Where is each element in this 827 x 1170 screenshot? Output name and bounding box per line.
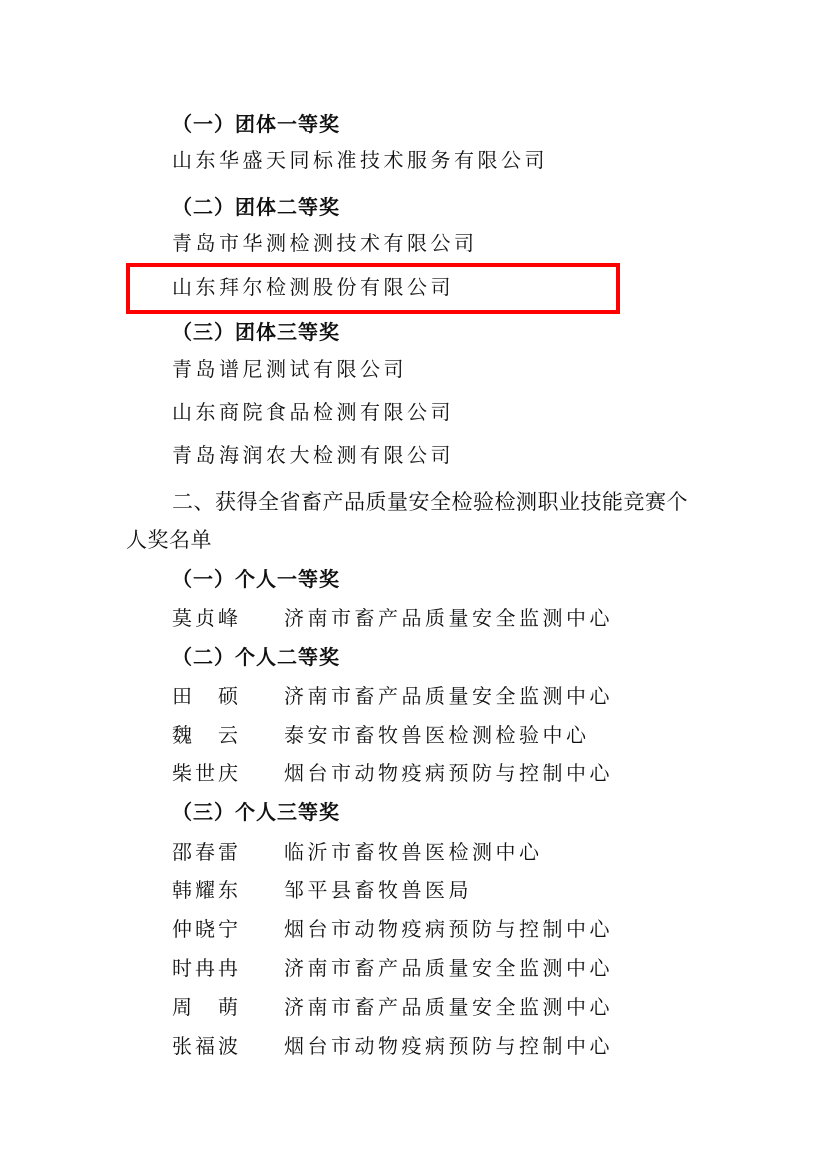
winner-name: 韩耀东 [172, 878, 241, 902]
winner-name: 周 萌 [172, 995, 241, 1019]
team-third-prize-winner: 山东商院食品检测有限公司 [172, 400, 454, 424]
winner-name: 魏 云 [172, 723, 241, 747]
winner-row: 张福波 烟台市动物疫病预防与控制中心 [172, 1034, 732, 1058]
team-third-prize-heading: （三）团体三等奖 [172, 320, 340, 344]
winner-name: 张福波 [172, 1034, 241, 1058]
winner-name: 仲晓宁 [172, 917, 241, 941]
winner-row: 韩耀东 邹平县畜牧兽医局 [172, 878, 732, 902]
team-third-prize-winner: 青岛谱尼测试有限公司 [172, 357, 407, 381]
individual-first-prize-heading: （一）个人一等奖 [172, 567, 340, 591]
winner-row: 魏 云 泰安市畜牧兽医检测检验中心 [172, 723, 732, 747]
winner-row: 时冉冉 济南市畜产品质量安全监测中心 [172, 956, 732, 980]
winner-org: 烟台市动物疫病预防与控制中心 [284, 917, 613, 941]
section-2-title-cont: 人奖名单 [126, 528, 212, 552]
winner-row: 田 硕 济南市畜产品质量安全监测中心 [172, 684, 732, 708]
winner-row: 仲晓宁 烟台市动物疫病预防与控制中心 [172, 917, 732, 941]
winner-name: 田 硕 [172, 684, 241, 708]
winner-row: 邵春雷 临沂市畜牧兽医检测中心 [172, 840, 732, 864]
winner-org: 济南市畜产品质量安全监测中心 [284, 606, 613, 630]
winner-org: 烟台市动物疫病预防与控制中心 [284, 761, 613, 785]
winner-name: 邵春雷 [172, 840, 241, 864]
team-second-prize-winner-highlighted: 山东拜尔检测股份有限公司 [172, 275, 454, 299]
section-2-title: 二、获得全省畜产品质量安全检验检测职业技能竞赛个 [172, 490, 688, 514]
winner-name: 时冉冉 [172, 956, 241, 980]
winner-name: 柴世庆 [172, 761, 241, 785]
winner-org: 济南市畜产品质量安全监测中心 [284, 995, 613, 1019]
winner-org: 泰安市畜牧兽医检测检验中心 [284, 723, 590, 747]
winner-org: 济南市畜产品质量安全监测中心 [284, 956, 613, 980]
team-first-prize-heading: （一）团体一等奖 [172, 112, 340, 136]
winner-org: 邹平县畜牧兽医局 [284, 878, 472, 902]
winner-org: 济南市畜产品质量安全监测中心 [284, 684, 613, 708]
team-first-prize-winner: 山东华盛天同标准技术服务有限公司 [172, 148, 548, 172]
winner-row: 周 萌 济南市畜产品质量安全监测中心 [172, 995, 732, 1019]
winner-row: 柴世庆 烟台市动物疫病预防与控制中心 [172, 761, 732, 785]
team-second-prize-winner: 青岛市华测检测技术有限公司 [172, 231, 478, 255]
team-second-prize-heading: （二）团体二等奖 [172, 195, 340, 219]
winner-row: 莫贞峰 济南市畜产品质量安全监测中心 [172, 606, 732, 630]
winner-org: 临沂市畜牧兽医检测中心 [284, 840, 543, 864]
team-third-prize-winner: 青岛海润农大检测有限公司 [172, 443, 454, 467]
individual-second-prize-heading: （二）个人二等奖 [172, 645, 340, 669]
winner-name: 莫贞峰 [172, 606, 241, 630]
winner-org: 烟台市动物疫病预防与控制中心 [284, 1034, 613, 1058]
individual-third-prize-heading: （三）个人三等奖 [172, 800, 340, 824]
